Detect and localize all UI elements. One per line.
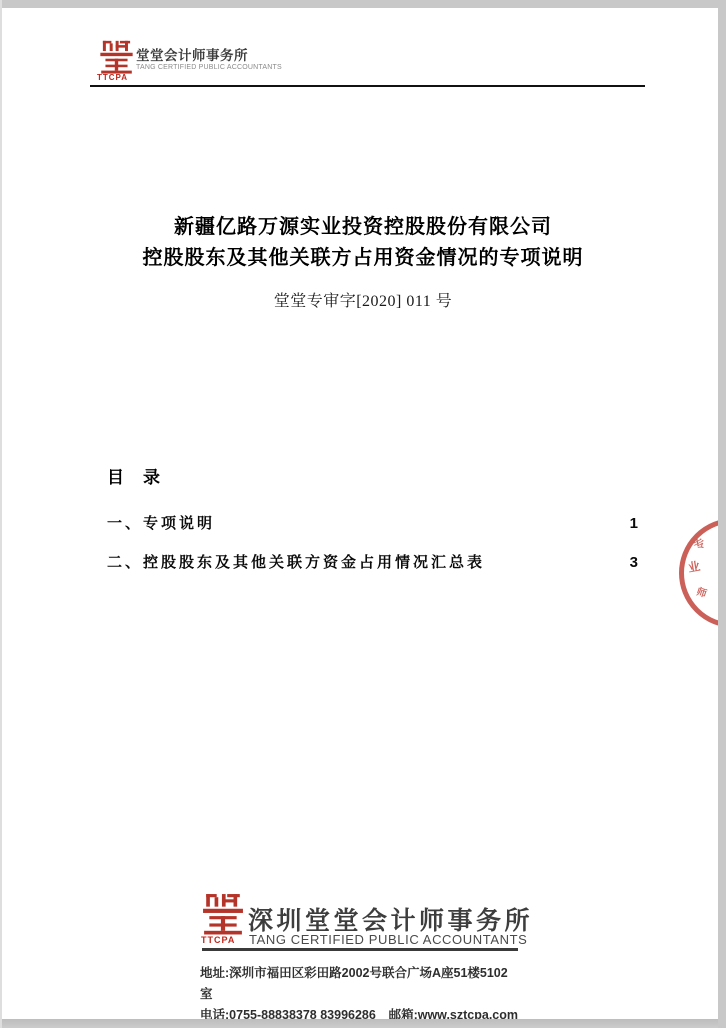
header-firm-name-cn: 堂堂会计师事务所: [136, 44, 248, 64]
toc-item-label[interactable]: 二、控股股东及其他关联方资金占用情况汇总表: [107, 551, 485, 572]
footer-divider: [202, 948, 518, 951]
toc-heading: 目 录: [107, 463, 638, 488]
table-of-contents: 目 录 一、专项说明 1 二、控股股东及其他关联方资金占用情况汇总表 3: [107, 463, 638, 572]
toc-item[interactable]: 二、控股股东及其他关联方资金占用情况汇总表 3: [107, 551, 638, 572]
page-edge: [718, 0, 726, 1028]
page-edge: [0, 1019, 726, 1028]
toc-item-label[interactable]: 一、专项说明: [107, 512, 215, 533]
header-firm-name-en: TANG CERTIFIED PUBLIC ACCOUNTANTS: [136, 64, 282, 71]
header-divider: [90, 85, 645, 87]
footer-address: 地址:深圳市福田区彩田路2002号联合广场A座51楼5102室: [200, 963, 518, 1005]
page-edge: [0, 0, 726, 8]
report-title-line2: 控股股东及其他关联方占用资金情况的专项说明: [0, 243, 726, 274]
document-number: 堂堂专审字[2020] 011 号: [0, 288, 726, 311]
ttcpa-abbr-label: TTCPA: [97, 73, 137, 82]
toc-item-page-number: 3: [630, 554, 638, 571]
ttcpa-logo-icon: [99, 40, 134, 74]
ttcpa-logo-icon: [202, 892, 244, 936]
report-title-line1: 新疆亿路万源实业投资控股股份有限公司: [0, 212, 726, 243]
footer-contact-block: 地址:深圳市福田区彩田路2002号联合广场A座51楼5102室 电话:0755-…: [200, 963, 518, 1026]
toc-item[interactable]: 一、专项说明 1: [107, 512, 638, 533]
toc-item-page-number: 1: [630, 515, 638, 532]
title-block: 新疆亿路万源实业投资控股股份有限公司 控股股东及其他关联方占用资金情况的专项说明…: [0, 212, 726, 311]
ttcpa-abbr-label: TTCPA: [201, 935, 249, 945]
footer-firm-name-en: TANG CERTIFIED PUBLIC ACCOUNTANTS: [249, 932, 527, 947]
document-page: TTCPA 堂堂会计师事务所 TANG CERTIFIED PUBLIC ACC…: [0, 0, 726, 1028]
page-edge: [0, 0, 2, 1028]
